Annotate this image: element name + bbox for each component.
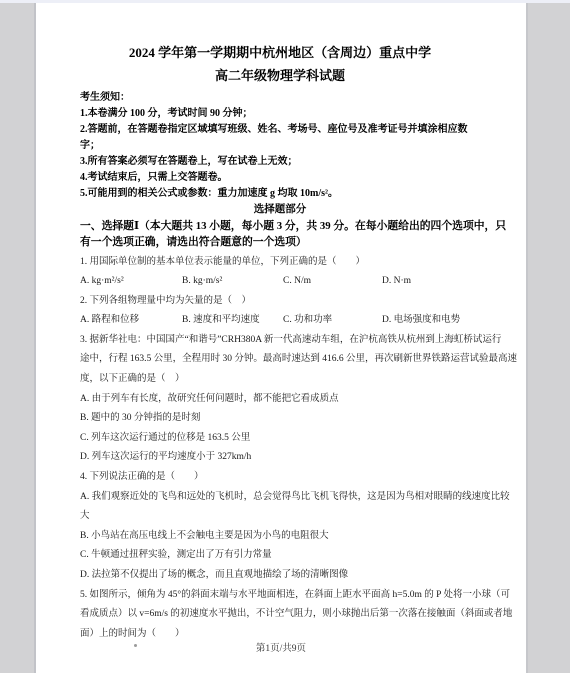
page-content: 2024 学年第一学期期中杭州地区（含周边）重点中学 高二年级物理学科试题 考生…: [36, 3, 526, 673]
question-2-stem: 2. 下列各组物理量中均为矢量的是（ ）: [80, 292, 480, 312]
section-intro-line-2: 有一个选项正确，请选出符合题意的一个选项）: [80, 234, 480, 250]
question-2-option-d: D. 电场强度和电势: [382, 311, 480, 331]
question-2-options-row: A. 路程和位移 B. 速度和平均速度 C. 功和功率 D. 电场强度和电势: [80, 311, 480, 331]
notice-line-2: 2.答题前，在答题卷指定区域填写班级、姓名、考场号、座位号及准考证号并填涂相应数: [80, 122, 480, 138]
question-1-option-c: C. N/m: [283, 272, 382, 292]
question-3-option-c: C. 列车这次运行通过的位移是 163.5 公里: [80, 429, 480, 449]
notice-line-2-continued: 字；: [80, 138, 480, 154]
notice-line-5: 5.可能用到的相关公式或参数：重力加速度 g 均取 10m/s²。: [80, 186, 480, 202]
question-4-option-a-line-1: A. 我们观察近处的飞鸟和远处的飞机时，总会觉得鸟比飞机飞得快，这是因为鸟相对眼…: [80, 488, 480, 508]
exam-title: 2024 学年第一学期期中杭州地区（含周边）重点中学: [80, 45, 480, 61]
exam-document-page: 2024 学年第一学期期中杭州地区（含周边）重点中学 高二年级物理学科试题 考生…: [34, 3, 528, 673]
notice-line-4: 4.考试结束后，只需上交答题卷。: [80, 170, 480, 186]
notice-line-3: 3.所有答案必须写在答题卷上，写在试卷上无效；: [80, 154, 480, 170]
notice-heading: 考生须知：: [80, 90, 480, 106]
question-4-option-d: D. 法拉第不仅提出了场的概念，而且直观地描绘了场的清晰图像: [80, 566, 480, 586]
notice-line-1: 1.本卷满分 100 分，考试时间 90 分钟；: [80, 106, 480, 122]
question-3-option-a: A. 由于列车有长度，故研究任何问题时，都不能把它看成质点: [80, 390, 480, 410]
question-1-option-d: D. N·m: [382, 272, 480, 292]
question-3-stem-line-1: 3. 据新华社电：中国国产“和谐号”CRH380A 新一代高速动车组，在沪杭高铁…: [80, 331, 480, 351]
question-1-option-b: B. kg·m/s²: [182, 272, 283, 292]
question-3-option-d: D. 列车这次运行的平均速度小于 327km/h: [80, 448, 480, 468]
question-4-option-b: B. 小鸟站在高压电线上不会触电主要是因为小鸟的电阻很大: [80, 527, 480, 547]
question-5-stem-line-2: 看成质点）以 v=6m/s 的初速度水平抛出，不计空气阻力，则小球抛出后第一次落…: [80, 605, 480, 625]
question-2-option-a: A. 路程和位移: [80, 311, 182, 331]
section-intro-line-1: 一、选择题Ⅰ（本大题共 13 小题，每小题 3 分，共 39 分。在每小题给出的…: [80, 218, 480, 234]
section-part-header: 选择题部分: [80, 202, 480, 218]
question-4-option-a-line-2: 大: [80, 507, 480, 527]
question-2-option-c: C. 功和功率: [283, 311, 382, 331]
question-1-stem: 1. 用国际单位制的基本单位表示能量的单位，下列正确的是（ ）: [80, 253, 480, 273]
question-1-options-row: A. kg·m²/s² B. kg·m/s² C. N/m D. N·m: [80, 272, 480, 292]
question-5-stem-line-1: 5. 如图所示，倾角为 45°的斜面末端与水平地面相连，在斜面上距水平面高 h=…: [80, 586, 480, 606]
question-4-option-c: C. 牛顿通过扭秤实验，测定出了万有引力常量: [80, 546, 480, 566]
question-4-stem: 4. 下列说法正确的是（ ）: [80, 468, 480, 488]
question-1-option-a: A. kg·m²/s²: [80, 272, 182, 292]
question-3-stem-line-3: 度，以下正确的是（ ）: [80, 370, 480, 390]
question-2-option-b: B. 速度和平均速度: [182, 311, 283, 331]
question-3-stem-line-2: 途中，行程 163.5 公里，全程用时 30 分钟。最高时速达到 416.6 公…: [80, 350, 480, 370]
exam-subtitle: 高二年级物理学科试题: [80, 68, 480, 84]
question-3-option-b: B. 题中的 30 分钟指的是时刻: [80, 409, 480, 429]
page-footer: 第1页/共9页: [36, 640, 526, 654]
